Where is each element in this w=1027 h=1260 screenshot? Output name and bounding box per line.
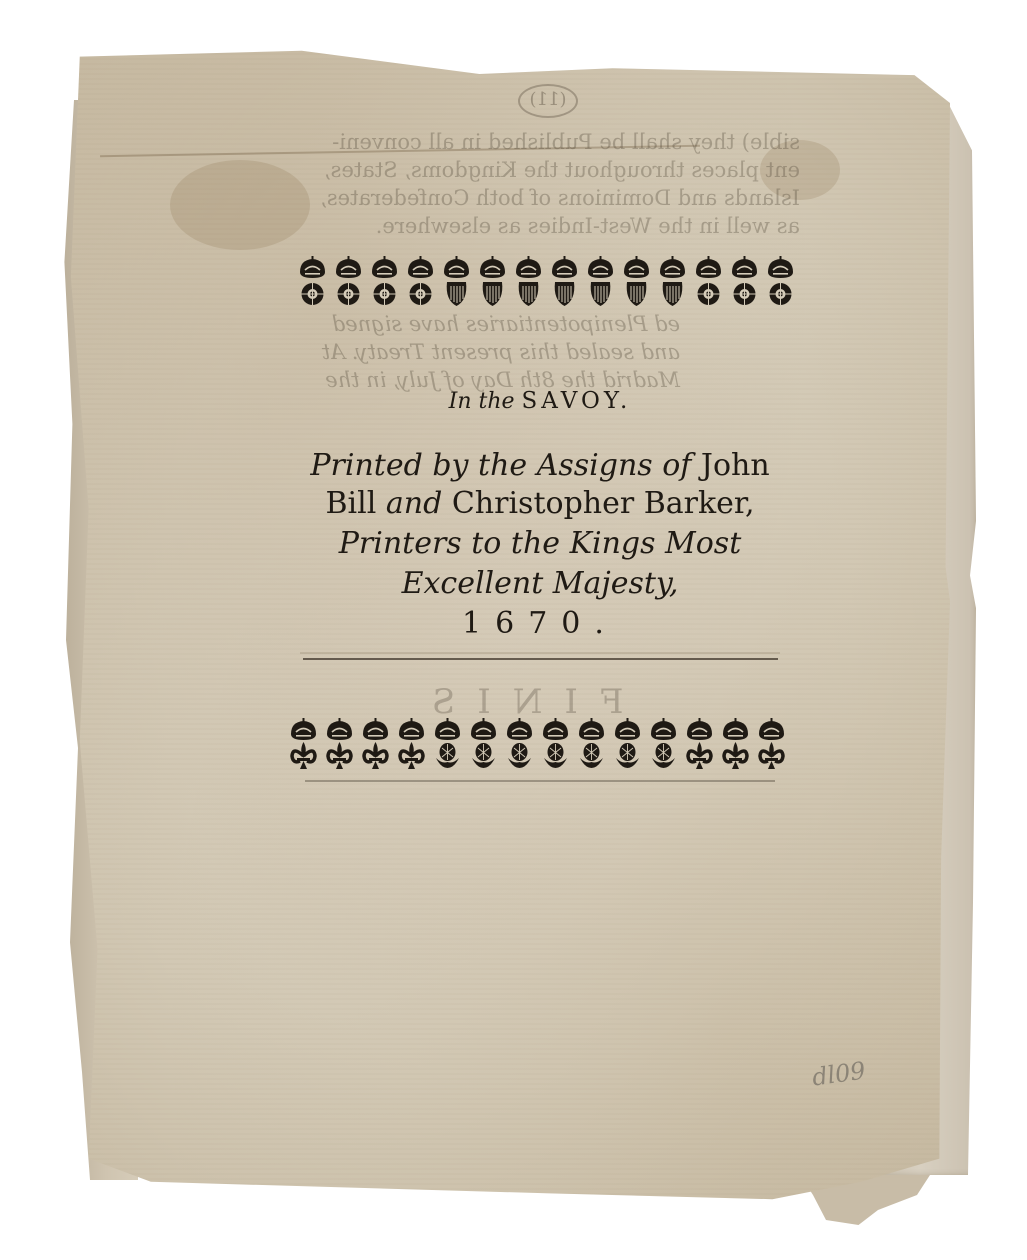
crown-thistle-ornament-icon xyxy=(467,718,500,770)
crown-fleur-ornament-icon xyxy=(395,718,428,770)
imprint-line-2: Bill and Christopher Barker, xyxy=(270,486,810,521)
show-through-line: sible) they shall be Published in all co… xyxy=(295,128,800,156)
show-through-line: Islands and Dominions of both Confederat… xyxy=(295,184,800,212)
show-through-line: and sealed this present Treaty. At xyxy=(305,338,680,366)
crown-rose-ornament-icon xyxy=(368,256,401,308)
imprint-text: Printed by the Assigns of xyxy=(310,448,691,483)
fold-crease xyxy=(300,652,780,654)
imprint-place: In the SAVOY. xyxy=(270,388,810,414)
crown-harp-ornament-icon xyxy=(512,256,545,308)
show-through-top-block: sible) they shall be Published in all co… xyxy=(295,128,800,240)
crown-thistle-ornament-icon xyxy=(575,718,608,770)
imprint-line-1: Printed by the Assigns of John xyxy=(270,448,810,483)
crown-harp-ornament-icon xyxy=(548,256,581,308)
crown-thistle-ornament-icon xyxy=(503,718,536,770)
crown-harp-ornament-icon xyxy=(440,256,473,308)
imprint-text: and xyxy=(386,486,442,521)
crown-harp-ornament-icon xyxy=(476,256,509,308)
crown-thistle-ornament-icon xyxy=(539,718,572,770)
crown-fleur-ornament-icon xyxy=(323,718,356,770)
crown-rose-ornament-icon xyxy=(296,256,329,308)
crown-rose-ornament-icon xyxy=(332,256,365,308)
rule-line xyxy=(303,658,778,660)
document-photo: (11) sible) they shall be Published in a… xyxy=(0,0,1027,1260)
ornament-row-top xyxy=(296,256,797,308)
crown-fleur-ornament-icon xyxy=(359,718,392,770)
show-through-line: ed Plenipotentiaries have signed xyxy=(305,310,680,338)
crown-rose-ornament-icon xyxy=(764,256,797,308)
crown-fleur-ornament-icon xyxy=(683,718,716,770)
crown-thistle-ornament-icon xyxy=(431,718,464,770)
crown-fleur-ornament-icon xyxy=(719,718,752,770)
imprint-place-prefix: In the xyxy=(449,389,515,414)
crown-rose-ornament-icon xyxy=(404,256,437,308)
crown-harp-ornament-icon xyxy=(620,256,653,308)
crown-fleur-ornament-icon xyxy=(287,718,320,770)
imprint-place-name: SAVOY. xyxy=(522,388,632,414)
crown-rose-ornament-icon xyxy=(692,256,725,308)
show-through-middle-block: ed Plenipotentiaries have signed and sea… xyxy=(305,310,680,394)
show-through-line: ent places throughout the Kingdoms, Stat… xyxy=(295,156,800,184)
crown-harp-ornament-icon xyxy=(584,256,617,308)
imprint-text: John xyxy=(701,448,770,483)
rule-line xyxy=(305,780,775,782)
ornament-row-bottom xyxy=(287,718,788,770)
imprint-text: Christopher Barker, xyxy=(452,486,755,521)
imprint-year: 1670. xyxy=(270,606,810,641)
crown-harp-ornament-icon xyxy=(656,256,689,308)
show-through-line: as well in the West-Indies as elsewhere. xyxy=(295,212,800,240)
show-through-finis: FINIS xyxy=(410,682,624,722)
imprint-line-4: Excellent Majesty, xyxy=(270,566,810,601)
stain xyxy=(170,160,310,250)
show-through-folio: (11) xyxy=(518,84,578,118)
crown-thistle-ornament-icon xyxy=(611,718,644,770)
imprint-line-3: Printers to the Kings Most xyxy=(270,526,810,561)
crown-thistle-ornament-icon xyxy=(647,718,680,770)
imprint-text: Bill xyxy=(325,486,376,521)
crown-fleur-ornament-icon xyxy=(755,718,788,770)
crown-rose-ornament-icon xyxy=(728,256,761,308)
